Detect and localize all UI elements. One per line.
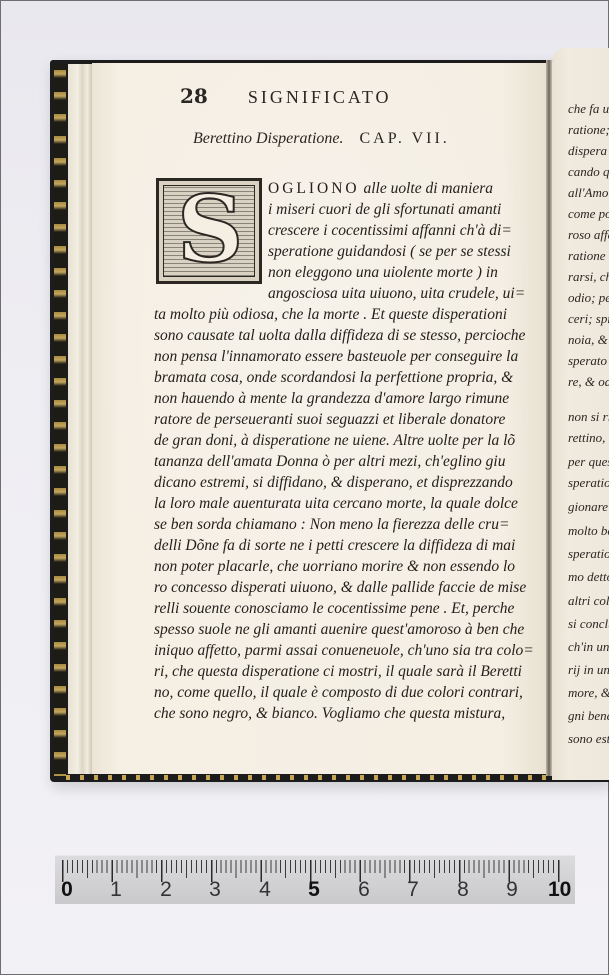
ruler-label: 2 — [156, 878, 176, 902]
text-line: relli souente conosciamo le cocentissime… — [154, 598, 514, 620]
text-line: non si ritru — [568, 408, 609, 426]
text-line: rarsi, che d — [568, 268, 609, 286]
chapter-heading: Berettino Disperatione. CAP. VII. — [193, 130, 523, 148]
text-line: all'Amore. — [568, 184, 609, 202]
text-line: ratione; & q — [568, 121, 609, 139]
text-line: molto bene — [568, 522, 609, 540]
ruler-label: 3 — [205, 878, 225, 902]
ruler-label: 7 — [403, 878, 423, 902]
ruler-label: 0 — [57, 878, 77, 902]
text-line: speratione — [568, 474, 609, 492]
text-line: altri color — [568, 592, 609, 610]
text-line: ratione uen — [568, 247, 609, 265]
text-line: ro concesso disperati uiuono, & dalle pa… — [154, 577, 526, 599]
ruler-label: 1 — [106, 878, 126, 902]
gilt-spine-border — [54, 64, 66, 776]
ruler-label: 4 — [255, 878, 275, 902]
text-line: delli Dõne fa di sorte ne i petti cresce… — [154, 535, 515, 557]
text-line: tananza dell'amata Donna ò per altri mez… — [154, 451, 505, 473]
page-number: 28 — [180, 84, 208, 108]
text-line: no, come quello, il quale è composto di … — [154, 682, 523, 704]
ruler-label: 9 — [502, 878, 522, 902]
text-line: rij in uno — [568, 661, 609, 679]
ruler-label: 8 — [453, 878, 473, 902]
running-title: SIGNIFICATO — [248, 87, 392, 108]
text-line: i miseri cuori de gli sfortunati amanti — [268, 199, 501, 221]
text-line: la loro male auenturata uita cercano mor… — [154, 493, 518, 515]
text-line: dispera del su — [568, 142, 609, 160]
initial-letter: S — [177, 178, 243, 283]
text-line: se ben sorda chiamano : Non meno la fier… — [154, 514, 509, 536]
text-line: iniquo affetto, parmi assai conueneuole,… — [154, 640, 534, 662]
scale-ruler: 0 1 2 3 4 5 6 7 8 9 10 — [55, 855, 575, 904]
text-line: non pensa l'innamorato essere basteuole … — [154, 346, 518, 368]
text-line: che fa uno Be — [568, 100, 609, 118]
text-line: ceri; sprez — [568, 310, 609, 328]
ruler-label: 6 — [354, 878, 374, 902]
text-line: speratione guidandosi ( se per se stessi — [268, 241, 511, 263]
text-line: ratore de perseueranti suoi seguazzi et … — [154, 409, 505, 431]
text-line: sperato cuo — [568, 352, 609, 370]
text-line: per questa — [568, 453, 609, 471]
text-line: dicano estremi, si diffidano, & disperan… — [154, 472, 513, 494]
text-line: non hauendo à mente la grandezza d'amore… — [154, 388, 509, 410]
text-line: spesso suole ne gli amanti auenire quest… — [154, 619, 524, 641]
text-line: sono estr — [568, 730, 609, 748]
text-line: re, & odio. — [568, 373, 609, 391]
page-edges — [68, 64, 92, 774]
text-line: crescere i cocentissimi affanni ch'à di= — [268, 220, 512, 242]
ruler-label: 10 — [548, 878, 568, 902]
chapter-title: Berettino Disperatione. — [193, 130, 344, 148]
text-line: non eleggono una uiolente morte ) in — [268, 262, 498, 284]
text-line: sono causate tal uolta dalla diffideza d… — [154, 325, 525, 347]
gilt-bottom-border — [66, 775, 546, 780]
text-line: che sono negro, & bianco. Vogliamo che q… — [154, 703, 505, 725]
text-line: mo detto) — [568, 568, 609, 586]
text-line: speratione — [568, 545, 609, 563]
woodcut-initial: S — [156, 178, 262, 284]
text-span: alle uolte di maniera — [363, 180, 493, 197]
text-line: non poter placarle, che uorriano morire … — [154, 556, 515, 578]
text-line: rettino, ch' — [568, 429, 609, 447]
text-line: ta molto più odiosa, che la morte . Et q… — [154, 304, 507, 326]
ruler-label: 5 — [304, 878, 324, 902]
text-line: roso affetto — [568, 226, 609, 244]
text-line: gionare la — [568, 498, 609, 516]
text-line: ri, che questa disperatione ci mostri, i… — [154, 661, 522, 683]
chapter-number: CAP. VII. — [360, 130, 450, 148]
text-line: cando quella — [568, 163, 609, 181]
text-line: de gran doni, à disperatione ne uiene. A… — [154, 430, 515, 452]
text-line: more, & — [568, 684, 609, 702]
text-line: noia, & tut — [568, 331, 609, 349]
text-line: gni bene — [568, 707, 609, 725]
text-line: OGLIONO alle uolte di maniera — [268, 178, 493, 200]
running-head: 28 SIGNIFICATO — [180, 84, 480, 108]
text-line: angosciosa uita uiuono, uita crudele, ui… — [268, 283, 525, 305]
text-line: ch'in uno — [568, 638, 609, 656]
text-line: bramata cosa, onde scordandosi la perfet… — [154, 367, 513, 389]
text-line: come possono — [568, 205, 609, 223]
text-line: odio; perch' — [568, 289, 609, 307]
first-word: OGLIONO — [268, 180, 360, 197]
text-line: si conclud — [568, 615, 609, 633]
